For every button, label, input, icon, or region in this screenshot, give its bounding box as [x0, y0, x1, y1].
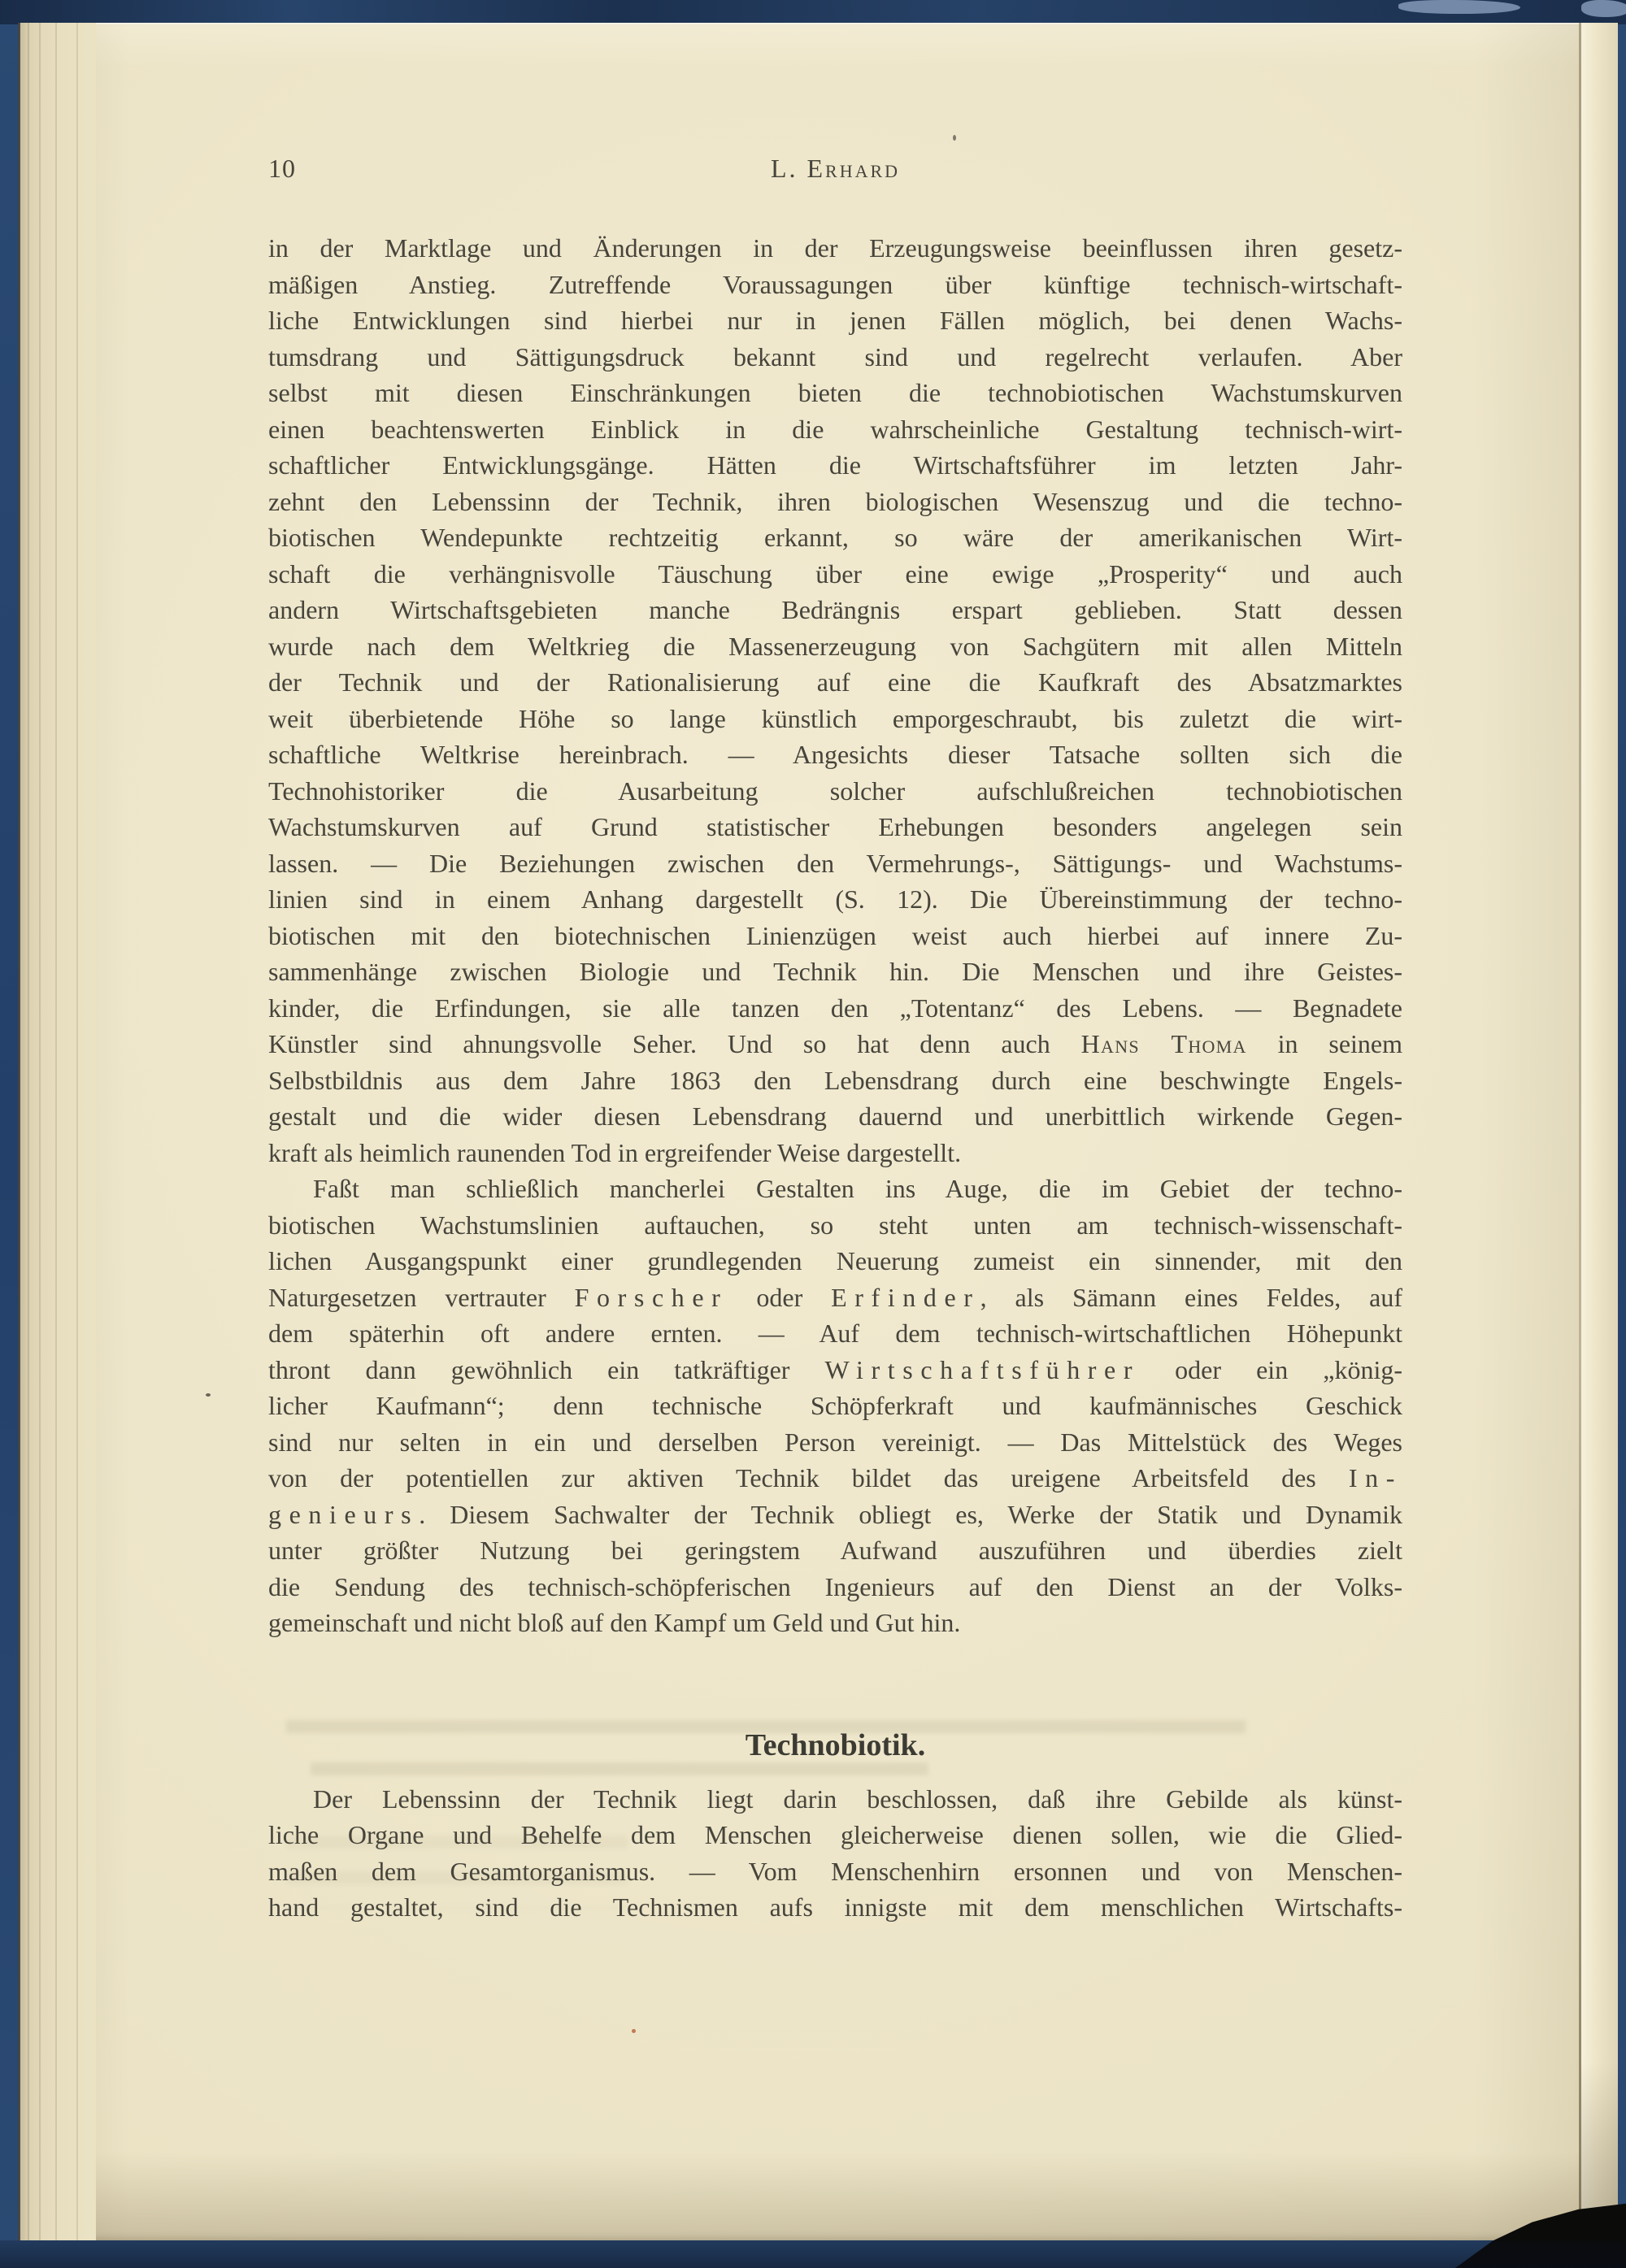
text-run: Naturgesetzen vertrauter	[268, 1283, 575, 1312]
text-line: genieurs. Diesem Sachwalter der Technik …	[268, 1497, 1402, 1533]
text-line: von der potentiellen zur aktiven Technik…	[268, 1460, 1402, 1497]
page-crease-line	[1579, 23, 1581, 2240]
text-line: sammenhänge zwischen Biologie und Techni…	[268, 954, 1402, 990]
section-heading: Technobiotik.	[268, 1726, 1402, 1765]
paragraph: in der Marktlage und Änderungen in der E…	[268, 230, 1402, 1171]
running-head: 10 L. Erhard	[268, 150, 1402, 186]
text-run: von der potentiellen zur aktiven Technik…	[268, 1463, 1349, 1492]
text-run: licher Kaufmann“; denn technische Schöpf…	[268, 1391, 1402, 1420]
text-line: thront dann gewöhnlich ein tatkräftiger …	[268, 1352, 1402, 1388]
text-run: die Sendung des technisch-schöpferischen…	[268, 1572, 1402, 1601]
text-run: selbst mit diesen Einschränkungen bieten…	[268, 378, 1402, 407]
text-run: Technohistoriker die Ausarbeitung solche…	[268, 776, 1402, 806]
text-run: Der Lebenssinn der Technik liegt darin b…	[313, 1784, 1402, 1814]
text-line: schaftlicher Entwicklungsgänge. Hätten d…	[268, 447, 1402, 484]
text-line: biotischen mit den biotechnischen Linien…	[268, 918, 1402, 954]
text-line: lichen Ausgangspunkt einer grundlegenden…	[268, 1243, 1402, 1280]
text-line: Technohistoriker die Ausarbeitung solche…	[268, 773, 1402, 810]
text-line: tumsdrang und Sättigungsdruck bekannt si…	[268, 339, 1402, 376]
text-line: Faßt man schließlich mancherlei Gestalte…	[268, 1171, 1402, 1207]
text-run: tumsdrang und Sättigungsdruck bekannt si…	[268, 342, 1402, 371]
text-run: in der Marktlage und Änderungen in der E…	[268, 233, 1402, 263]
book-page: 10 L. Erhard in der Marktlage und Änderu…	[18, 23, 1618, 2240]
text-run: schaft die verhängnisvolle Täuschung übe…	[268, 559, 1402, 589]
text-block: 10 L. Erhard in der Marktlage und Änderu…	[268, 150, 1402, 1926]
text-line: gestalt und die wider diesen Lebensdrang…	[268, 1098, 1402, 1135]
text-line: hand gestaltet, sind die Technismen aufs…	[268, 1889, 1402, 1926]
text-line: licher Kaufmann“; denn technische Schöpf…	[268, 1388, 1402, 1424]
text-line: kinder, die Erfindungen, sie alle tanzen…	[268, 990, 1402, 1027]
text-run: , als Sämann eines Feldes, auf	[980, 1283, 1402, 1312]
text-line: sind nur selten in ein und derselben Per…	[268, 1424, 1402, 1461]
text-line: Wachstumskurven auf Grund statistischer …	[268, 809, 1402, 845]
text-run: andern Wirtschaftsgebieten manche Bedrän…	[268, 595, 1402, 624]
text-run: in seinem	[1247, 1029, 1402, 1058]
text-run: kinder, die Erfindungen, sie alle tanzen…	[268, 993, 1402, 1023]
letterspaced-term: Erfinder	[831, 1283, 980, 1312]
text-run: liche Organe und Behelfe dem Menschen gl…	[268, 1820, 1402, 1849]
text-run: Wachstumskurven auf Grund statistischer …	[268, 812, 1402, 841]
cover-worn-patch	[1398, 0, 1520, 14]
stacked-page-edges	[18, 23, 96, 2240]
text-line: die Sendung des technisch-schöpferischen…	[268, 1569, 1402, 1605]
text-run: liche Entwicklungen sind hierbei nur in …	[268, 306, 1402, 335]
text-run: Selbstbildnis aus dem Jahre 1863 den Leb…	[268, 1066, 1402, 1095]
text-line: biotischen Wendepunkte rechtzeitig erkan…	[268, 519, 1402, 556]
text-run: zehnt den Lebenssinn der Technik, ihren …	[268, 487, 1402, 516]
text-run: maßen dem Gesamtorganismus. — Vom Mensch…	[268, 1857, 1402, 1886]
text-run: biotischen Wachstumslinien auftauchen, s…	[268, 1210, 1402, 1240]
text-line: Selbstbildnis aus dem Jahre 1863 den Leb…	[268, 1062, 1402, 1099]
text-run: unter größter Nutzung bei geringstem Auf…	[268, 1536, 1402, 1565]
letterspaced-term: genieurs	[268, 1500, 419, 1529]
text-line: Naturgesetzen vertrauter Forscher oder E…	[268, 1280, 1402, 1316]
text-line: der Technik und der Rationalisierung auf…	[268, 664, 1402, 701]
text-line: lassen. — Die Beziehungen zwischen den V…	[268, 845, 1402, 882]
text-run: hand gestaltet, sind die Technismen aufs…	[268, 1892, 1402, 1922]
paper-speck	[206, 1393, 211, 1397]
text-line: Künstler sind ahnungsvolle Seher. Und so…	[268, 1026, 1402, 1062]
text-run: Faßt man schließlich mancherlei Gestalte…	[313, 1174, 1402, 1203]
text-run: gestalt und die wider diesen Lebensdrang…	[268, 1101, 1402, 1131]
text-run: der Technik und der Rationalisierung auf…	[268, 667, 1402, 697]
text-line: maßen dem Gesamtorganismus. — Vom Mensch…	[268, 1853, 1402, 1890]
text-run: Künstler sind ahnungsvolle Seher. Und so…	[268, 1029, 1081, 1058]
text-run: linien sind in einem Anhang dargestellt …	[268, 884, 1402, 914]
text-line: linien sind in einem Anhang dargestellt …	[268, 881, 1402, 918]
text-run: gemeinschaft und nicht bloß auf den Kamp…	[268, 1608, 960, 1637]
book-cover-band-bottom	[0, 2240, 1626, 2268]
cover-worn-patch	[1581, 0, 1626, 17]
text-run: schaftliche Weltkrise hereinbrach. — Ang…	[268, 740, 1402, 769]
text-run: mäßigen Anstieg. Zutreffende Voraussagun…	[268, 270, 1402, 299]
paper-speck	[632, 2029, 636, 2033]
text-line: unter größter Nutzung bei geringstem Auf…	[268, 1532, 1402, 1569]
text-line: gemeinschaft und nicht bloß auf den Kamp…	[268, 1605, 1402, 1641]
text-run: dem späterhin oft andere ernten. — Auf d…	[268, 1319, 1402, 1348]
text-line: Der Lebenssinn der Technik liegt darin b…	[268, 1781, 1402, 1818]
text-line: liche Entwicklungen sind hierbei nur in …	[268, 302, 1402, 339]
text-run: schaftlicher Entwicklungsgänge. Hätten d…	[268, 450, 1402, 480]
letterspaced-term: In-	[1349, 1463, 1402, 1492]
text-run: sind nur selten in ein und derselben Per…	[268, 1427, 1402, 1457]
text-line: biotischen Wachstumslinien auftauchen, s…	[268, 1207, 1402, 1244]
text-line: schaft die verhängnisvolle Täuschung übe…	[268, 556, 1402, 593]
text-run: oder ein „könig-	[1140, 1355, 1402, 1384]
page-body: in der Marktlage und Änderungen in der E…	[268, 230, 1402, 1926]
letterspaced-term: Forscher	[575, 1283, 728, 1312]
text-run: sammenhänge zwischen Biologie und Techni…	[268, 957, 1402, 986]
page-edge-strip	[1581, 23, 1618, 2240]
text-run: . Diesem Sachwalter der Technik obliegt …	[419, 1500, 1402, 1529]
smallcaps-name: Hans Thoma	[1081, 1029, 1247, 1058]
text-run: kraft als heimlich raunenden Tod in ergr…	[268, 1138, 961, 1167]
paragraph: Faßt man schließlich mancherlei Gestalte…	[268, 1171, 1402, 1641]
text-run: thront dann gewöhnlich ein tatkräftiger	[268, 1355, 825, 1384]
text-run: biotischen Wendepunkte rechtzeitig erkan…	[268, 523, 1402, 552]
paragraph: Der Lebenssinn der Technik liegt darin b…	[268, 1781, 1402, 1926]
letterspaced-term: Wirtschaftsführer	[825, 1355, 1141, 1384]
text-run: biotischen mit den biotechnischen Linien…	[268, 921, 1402, 950]
text-line: zehnt den Lebenssinn der Technik, ihren …	[268, 484, 1402, 520]
text-line: andern Wirtschaftsgebieten manche Bedrän…	[268, 592, 1402, 628]
text-line: kraft als heimlich raunenden Tod in ergr…	[268, 1135, 1402, 1171]
text-line: schaftliche Weltkrise hereinbrach. — Ang…	[268, 736, 1402, 773]
scanned-book-photo: 10 L. Erhard in der Marktlage und Änderu…	[0, 0, 1626, 2268]
book-cover-band-top	[0, 0, 1626, 24]
text-run: lassen. — Die Beziehungen zwischen den V…	[268, 849, 1402, 878]
text-line: wurde nach dem Weltkrieg die Massenerzeu…	[268, 628, 1402, 665]
text-line: mäßigen Anstieg. Zutreffende Voraussagun…	[268, 267, 1402, 303]
text-line: in der Marktlage und Änderungen in der E…	[268, 230, 1402, 267]
text-run: wurde nach dem Weltkrieg die Massenerzeu…	[268, 632, 1402, 661]
text-line: dem späterhin oft andere ernten. — Auf d…	[268, 1315, 1402, 1352]
text-run: einen beachtenswerten Einblick in die wa…	[268, 415, 1402, 444]
text-run: oder	[728, 1283, 831, 1312]
running-title: L. Erhard	[268, 150, 1402, 186]
text-run: lichen Ausgangspunkt einer grundlegenden…	[268, 1246, 1402, 1275]
text-line: einen beachtenswerten Einblick in die wa…	[268, 411, 1402, 448]
paper-speck	[953, 135, 956, 141]
text-run: weit überbietende Höhe so lange künstlic…	[268, 704, 1402, 733]
text-line: liche Organe und Behelfe dem Menschen gl…	[268, 1817, 1402, 1853]
text-line: weit überbietende Höhe so lange künstlic…	[268, 701, 1402, 737]
text-line: selbst mit diesen Einschränkungen bieten…	[268, 375, 1402, 411]
